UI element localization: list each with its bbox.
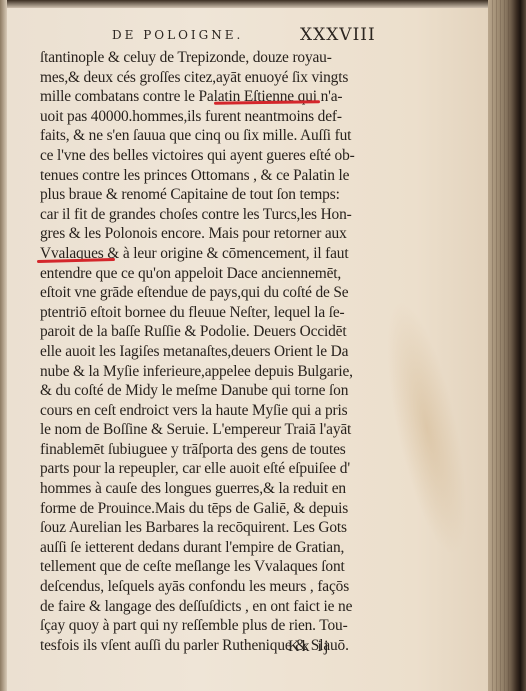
text-line: tenues contre les princes Ottomans , & c…	[40, 166, 380, 186]
text-line: forme de Prouince.Mais du tēps de Galiē,…	[40, 499, 380, 519]
text-line: entendre que ce qu'on appeloit Dace anci…	[40, 264, 380, 284]
signature-mark: Kk ij	[288, 638, 330, 656]
text-line: eſtoit vne grāde eſtendue de pays,qui du…	[40, 283, 380, 303]
gutter-edge	[0, 0, 7, 691]
folio-number: XXXVIII	[300, 25, 376, 45]
text-line: mes,& deux cés groſſes citez,ayāt enuoyé…	[40, 68, 380, 88]
text-line: mille combatans contre le Palatin Eſtien…	[40, 87, 380, 107]
text-line: plus braue & renomé Capitaine de tout ſo…	[40, 185, 380, 205]
text-line: deſcendus, leſquels ayās confondu les me…	[40, 577, 380, 597]
text-line: paroit de la baſſe Ruſſie & Podolie. Deu…	[40, 322, 380, 342]
text-line: ſtantinople & celuy de Trepizonde, douze…	[40, 48, 380, 68]
book-scan: DE POLOIGNE. XXXVIII ſtantinople & celuy…	[0, 0, 526, 691]
text-line: gres & les Polonois encore. Mais pour re…	[40, 224, 380, 244]
text-line: ce l'vne des belles victoires qui ayent …	[40, 146, 380, 166]
text-line: finablemēt ſubiuguee y trāſporta des gen…	[40, 440, 380, 460]
text-line: ſouz Aurelian les Barbares la recōquiren…	[40, 518, 380, 538]
text-line: le nom de Boſſine & Seruie. L'empereur T…	[40, 420, 380, 440]
text-line: nube & la Myſie inferieure,appelee depui…	[40, 362, 380, 382]
text-line: hommes à cauſe des longues guerres,& la …	[40, 479, 380, 499]
text-line: uoit pas 40000.hommes,ils furent neantmo…	[40, 107, 380, 127]
text-line: car il fit de grandes choſes contre les …	[40, 205, 380, 225]
text-line: faits, & ne s'en ſauua que cinq ou ſix m…	[40, 126, 380, 146]
text-line: cours en ceſt endroict vers la haute Myſ…	[40, 401, 380, 421]
text-line: ſçay quoy à part qui ny reſſemble plus d…	[40, 616, 380, 636]
paper-stain	[371, 295, 484, 562]
text-line: ptentriō eſtoit bornee du fleuue Neſter,…	[40, 303, 380, 323]
text-line: elle auoit les Iagiſes metanaſtes,deuers…	[40, 342, 380, 362]
text-line: parts pour la repeupler, car elle auoit …	[40, 459, 380, 479]
text-line: de faire & langage des deſſuſdicts , en …	[40, 597, 380, 617]
page-stack-lines	[492, 0, 512, 691]
text-line: & du coſté de Midy le meſme Danube qui t…	[40, 381, 380, 401]
top-shadow	[0, 0, 526, 8]
running-head: DE POLOIGNE.	[112, 28, 243, 42]
body-text: ſtantinople & celuy de Trepizonde, douze…	[40, 48, 380, 655]
text-line: tellement que de ceſte meſlange les Vval…	[40, 557, 380, 577]
text-line: auſſi ſe ietterent dedans durant l'empir…	[40, 538, 380, 558]
